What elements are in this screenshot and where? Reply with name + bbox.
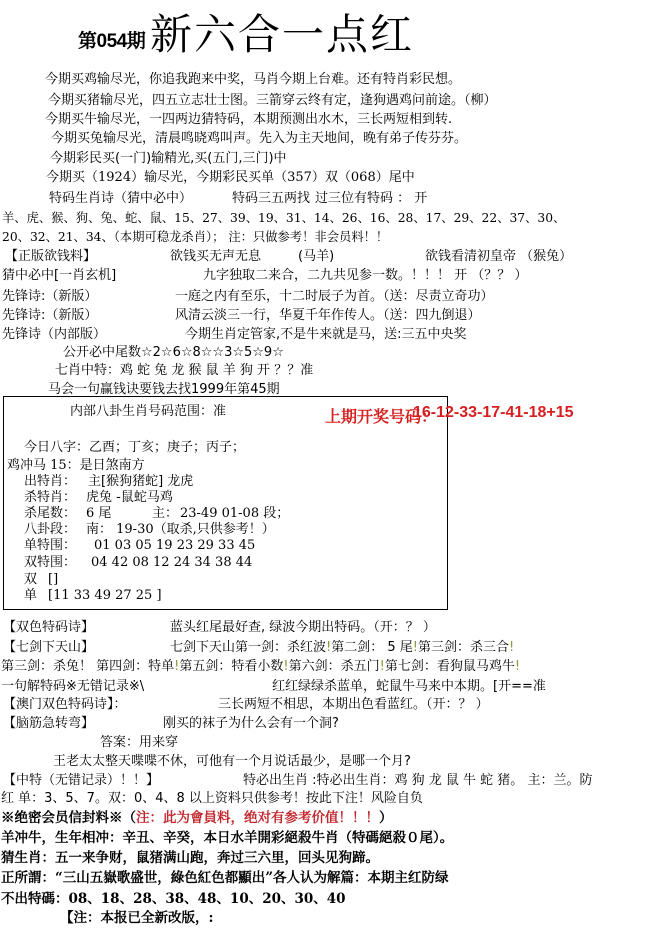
last-draw-value: 16-12-33-17-41-18+15 <box>413 404 574 422</box>
dual-color-text: 蓝头红尾最好查, 绿波今期出特码。（开：？ ） <box>170 620 436 636</box>
dbl-label: 双 <box>24 572 37 588</box>
poem-left: 特码生肖诗（猜中必中） <box>49 191 192 207</box>
sword-2: 第二剑： 5 尾 <box>331 640 413 655</box>
intro-line-2: 今期买猪输尽光，四五立志壮士图。三箭穿云终有定，逢狗遇鸡问前途。（柳） <box>48 93 497 109</box>
macau-text: 三长两短不相思，本期出色看蓝红。（开：？ ） <box>218 697 489 713</box>
sgl-label: 单 <box>24 588 37 604</box>
one-sentence-text: 红红绿绿杀蓝单，蛇鼠牛马来中本期。[开==准 <box>272 679 546 695</box>
sword-7: 第七剑：看狗鼠马鸡牛 <box>385 659 515 674</box>
out-label: 出特肖： <box>24 474 76 490</box>
member-label: ※绝密会员信封料※（ <box>1 810 136 826</box>
intro-line-1: 今期买鸡输尽光，你追我跑来中奖，马肖今期上台难。还有特肖彩民想。 <box>45 72 461 88</box>
bazi-line: 今日八字：乙酉；丁亥；庚子；丙子； <box>24 440 245 456</box>
pioneer-2-label: 先锋诗:（新版） <box>2 308 97 324</box>
money-answer-1: (马羊) <box>298 249 334 265</box>
poem-list-2: 20、32、21、34、（本期可稳龙杀肖）； 注：只做参考！非会员料！！ <box>2 229 388 245</box>
kill-tail-label: 杀尾数： <box>24 506 76 522</box>
double-label: 双特围： <box>24 555 76 571</box>
bagua-value: 南： 19-30（取杀,只供参考！） <box>86 522 275 538</box>
pioneer-2-text: 风清云淡三一行，华夏千年作传人。（送：四九倒退） <box>175 308 481 324</box>
kill-tail-value: 6 尾 <box>86 506 111 522</box>
excl-mark: ! <box>515 659 520 674</box>
intro-line-6: 今期买（1924）输尽光，今期彩民买单（357）双（068）尾中 <box>46 170 415 186</box>
sword-1: 七剑下天山第一剑：杀红波 <box>170 640 326 655</box>
box-title: 内部八卦生肖号码范围：准 <box>70 404 226 420</box>
sgl-value: [11 33 49 27 25 ] <box>48 588 162 604</box>
guess-label: 猜中必中[一肖玄机] <box>2 268 116 284</box>
member-line-1: 羊冲牛，生年相冲：辛丑、辛癸，本日水羊開彩絕殺牛肖（特碼絕殺０尾）。 <box>1 830 453 846</box>
seven-sword-label: 【七剑下天山】 <box>3 640 94 656</box>
seven-zodiac-line: 七肖中特：鸡 蛇 兔 龙 猴 鼠 羊 狗 开 ？？准 <box>55 363 313 379</box>
poem-mid: 特码三五两找 <box>232 191 310 207</box>
member-line: ※绝密会员信封料※（注：此为會員料，绝对有参考价值！！！） <box>1 810 393 826</box>
tail-number-line: 公开必中尾数☆2☆6☆8☆☆3☆5☆9☆ <box>63 345 284 361</box>
riddle-line: 王老太太整天喋喋不休，可他有一个月说话最少，是哪一个月? <box>53 754 411 770</box>
pioneer-1-label: 先锋诗:（新版） <box>2 289 97 305</box>
sword-3: 第三剑：杀三合 <box>418 640 509 655</box>
brain-teaser-label: 【脑筋急转弯】 <box>3 716 94 732</box>
money-label: 【正版欲钱料】 <box>5 249 96 265</box>
main-value: 23-49 01-08 段； <box>180 506 289 522</box>
answer-line: 答案：用来穿 <box>100 735 178 751</box>
main-label: 主： <box>152 506 178 522</box>
clash-line: 鸡冲马 15：是日煞南方 <box>7 458 145 474</box>
money-text-1: 欲钱买无声无息 <box>170 249 261 265</box>
page-title: 新六合一点红 <box>150 10 414 60</box>
sword-5: 第五剑：特看小数 <box>179 659 283 674</box>
kill-label: 杀特肖： <box>24 490 76 506</box>
sword-4: 第三剑：杀兔！ 第四剑：特单 <box>1 659 174 674</box>
excl-mark: ! <box>509 640 514 655</box>
double-value: 04 42 08 12 24 34 38 44 <box>91 555 252 571</box>
single-label: 单特围： <box>24 538 76 554</box>
zhongte-text: 特必出生肖 :特必出生肖：鸡 狗 龙 鼠 牛 蛇 猪。 主：兰。防 <box>243 773 592 789</box>
bagua-label: 八卦段： <box>24 522 76 538</box>
poem-right: 过三位有特码 ： 开 <box>315 191 427 207</box>
pioneer-1-text: 一庭之内有至乐，十二时辰子为首。（送：尽责立奇功） <box>175 289 494 305</box>
money-text-2: 欲钱看清初皇帝 （猴兔） <box>425 249 572 265</box>
zhongte-text-2: 红 单：3、5、7。双：0、4、8 以上资料只供参考！按此下注！风险自负 <box>1 791 423 807</box>
dual-color-label: 【双色特码诗】 <box>3 620 94 636</box>
macau-label: 【澳门双色特码诗】： <box>3 697 127 713</box>
poem-list-1: 羊、虎、猴、狗、兔、蛇、鼠、15、27、39、19、31、14、26、16、28… <box>2 210 565 226</box>
pioneer-3-label: 先锋诗（内部版） <box>2 327 106 343</box>
member-line-5: 【注：本报已全新改版，: <box>60 910 213 926</box>
guess-text: 九字独取二来合，二九共见参一数。！！！ 开 （？？ ） <box>203 268 527 284</box>
member-line-4: 不出特碼：08、18、28、38、48、10、20、30、40 <box>1 891 346 907</box>
intro-line-3: 今期买牛输尽光，一四两边猜特码，本期预测出水木，三长两短相到转. <box>45 112 452 128</box>
pioneer-3-text: 今期生肖定管家,不是牛来就是马，送:三五中央奖 <box>185 327 467 343</box>
out-value: 主[猴狗猪蛇] 龙虎 <box>88 474 193 490</box>
intro-line-5: 今期彩民买(一门)输精光,买(五门,三门)中 <box>50 151 287 167</box>
dbl-value: [] <box>48 572 58 588</box>
intro-line-4: 今期买兔输尽光，清晨鸣晓鸡叫声。先入为主天地间，晚有弟子传芬芬。 <box>51 131 467 147</box>
seven-sword-line-2: 第三剑：杀兔！ 第四剑：特单!第五剑：特看小数!第六剑：杀五门!第七剑：看狗鼠马… <box>1 659 520 675</box>
member-note: 注：此为會員料，绝对有参考价值！！！ <box>136 810 379 826</box>
member-line-2: 猜生肖：五一来争财，鼠猪满山跑，奔过三六里，回头见狗蹄。 <box>1 850 379 866</box>
issue-number: 第054期 <box>78 26 145 53</box>
zhongte-label: 【中特（无错记录）！！】 <box>3 773 159 789</box>
sword-6: 第六剑：杀五门 <box>289 659 380 674</box>
single-value: 01 03 05 19 23 29 33 45 <box>94 538 255 554</box>
one-sentence-label: 一句解特码※无错记录※\ <box>1 679 144 695</box>
kill-value: 虎兔 -鼠蛇马鸡 <box>86 490 173 506</box>
brain-teaser-text: 刚买的袜子为什么会有一个洞? <box>163 716 339 732</box>
member-close: ） <box>379 810 393 826</box>
member-line-3: 正所謂：“三山五嶽歌盛世，綠色紅色都顯出”各人认为解篇：本期主红防绿 <box>1 870 449 886</box>
seven-sword-line-1: 七剑下天山第一剑：杀红波!第二剑： 5 尾!第三剑：杀三合! <box>170 640 514 656</box>
